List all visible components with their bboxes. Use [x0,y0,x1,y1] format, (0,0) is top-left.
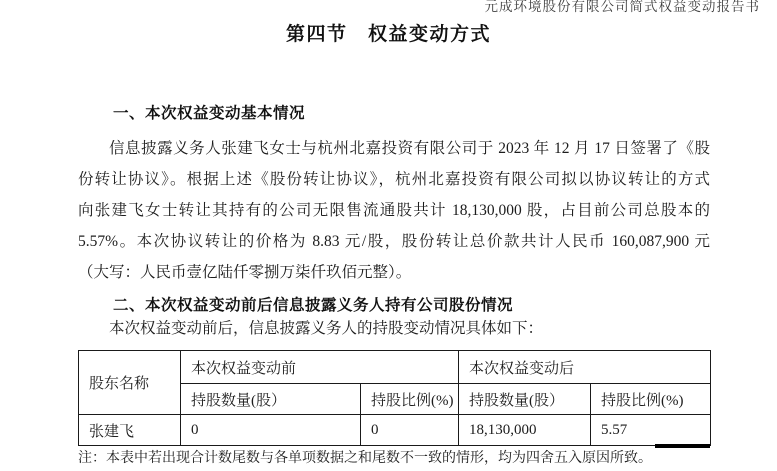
cell-before-quantity: 0 [181,415,361,446]
column-group-after: 本次权益变动后 [459,351,711,384]
cell-before-percent: 0 [361,415,459,446]
paragraph-line: 份转让协议》。根据上述《股份转让协议》，杭州北嘉投资有限公司拟以协议转让的方式 [78,164,710,195]
paragraph-line: 向张建飞女士转让其持有的公司无限售流通股共计 18,130,000 股，占目前公… [78,195,710,226]
column-header-after-quantity: 持股数量(股） [459,384,591,415]
page-title: 第四节 权益变动方式 [0,19,777,46]
running-header: 元成环境股份有限公司简式权益变动报告书 [485,0,761,15]
paragraph-line: 信息披露义务人张建飞女士与杭州北嘉投资有限公司于 2023 年 12 月 17 … [78,133,710,164]
table-footnote: 注：本表中若出现合计数尾数与各单项数据之和尾数不一致的情形，均为四舍五入原因所致… [78,447,758,467]
shareholding-change-table: 股东名称 本次权益变动前 本次权益变动后 持股数量(股） 持股比例(%) 持股数… [78,350,711,446]
column-header-before-percent: 持股比例(%) [361,384,459,415]
paragraph-line: （大写：人民币壹亿陆仟零捌万柒仟玖佰元整）。 [78,257,710,288]
cell-shareholder-name: 张建飞 [79,415,181,446]
document-page: 元成环境股份有限公司简式权益变动报告书 第四节 权益变动方式 一、本次权益变动基… [0,0,777,471]
cell-after-percent: 5.57 [591,415,711,446]
column-header-after-percent: 持股比例(%) [591,384,711,415]
column-group-before: 本次权益变动前 [181,351,459,384]
paragraph-line: 5.57%。本次协议转让的价格为 8.83 元/股，股份转让总价款共计人民币 1… [78,226,710,257]
table-corner-mark [655,444,710,448]
column-header-before-quantity: 持股数量(股） [181,384,361,415]
column-header-shareholder: 股东名称 [79,351,181,415]
section-1-heading: 一、本次权益变动基本情况 [113,101,305,123]
section-1-paragraph: 信息披露义务人张建飞女士与杭州北嘉投资有限公司于 2023 年 12 月 17 … [78,133,710,288]
section-2-heading: 二、本次权益变动前后信息披露义务人持有公司股份情况 [113,293,513,315]
cell-after-quantity: 18,130,000 [459,415,591,446]
table-row: 张建飞 0 0 18,130,000 5.57 [79,415,711,446]
table-intro-line: 本次权益变动前后，信息披露义务人的持股变动情况具体如下： [78,318,710,340]
